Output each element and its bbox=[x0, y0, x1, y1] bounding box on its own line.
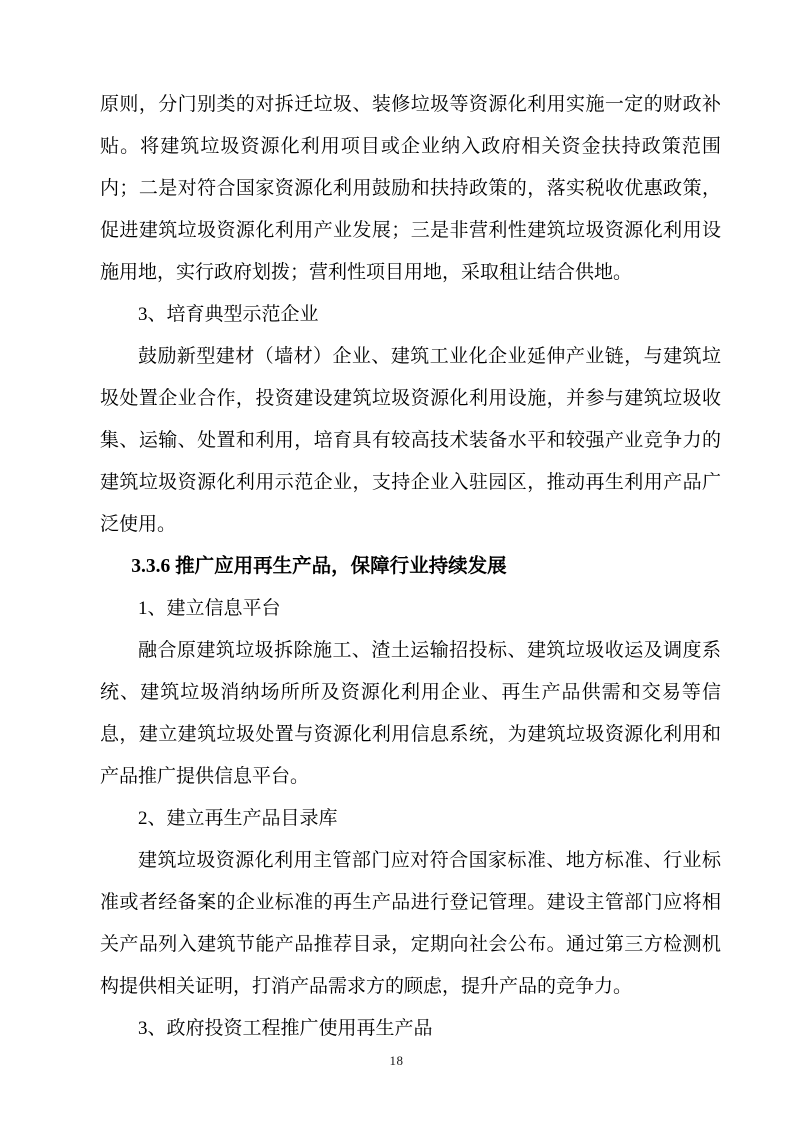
numbered-item-government-projects: 3、政府投资工程推广使用再生产品 bbox=[100, 1008, 721, 1050]
page-number: 18 bbox=[390, 1053, 404, 1068]
numbered-item-info-platform: 1、建立信息平台 bbox=[100, 588, 721, 630]
document-page: 原则，分门别类的对拆迁垃圾、装修垃圾等资源化利用实施一定的财政补贴。将建筑垃圾资… bbox=[0, 0, 793, 1122]
page-body: 原则，分门别类的对拆迁垃圾、装修垃圾等资源化利用实施一定的财政补贴。将建筑垃圾资… bbox=[100, 84, 721, 1050]
numbered-item-cultivate-enterprises: 3、培育典型示范企业 bbox=[100, 294, 721, 336]
section-heading-3-3-6: 3.3.6 推广应用再生产品，保障行业持续发展 bbox=[100, 546, 721, 588]
paragraph-encourage-materials: 鼓励新型建材（墙材）企业、建筑工业化企业延伸产业链，与建筑垃圾处置企业合作，投资… bbox=[100, 336, 721, 546]
paragraph-product-registration: 建筑垃圾资源化利用主管部门应对符合国家标准、地方标准、行业标准或者经备案的企业标… bbox=[100, 840, 721, 1008]
paragraph-info-system: 融合原建筑垃圾拆除施工、渣土运输招投标、建筑垃圾收运及调度系统、建筑垃圾消纳场所… bbox=[100, 630, 721, 798]
paragraph-continuation: 原则，分门别类的对拆迁垃圾、装修垃圾等资源化利用实施一定的财政补贴。将建筑垃圾资… bbox=[100, 84, 721, 294]
numbered-item-product-catalog: 2、建立再生产品目录库 bbox=[100, 798, 721, 840]
page-footer: 18 bbox=[0, 1052, 793, 1070]
